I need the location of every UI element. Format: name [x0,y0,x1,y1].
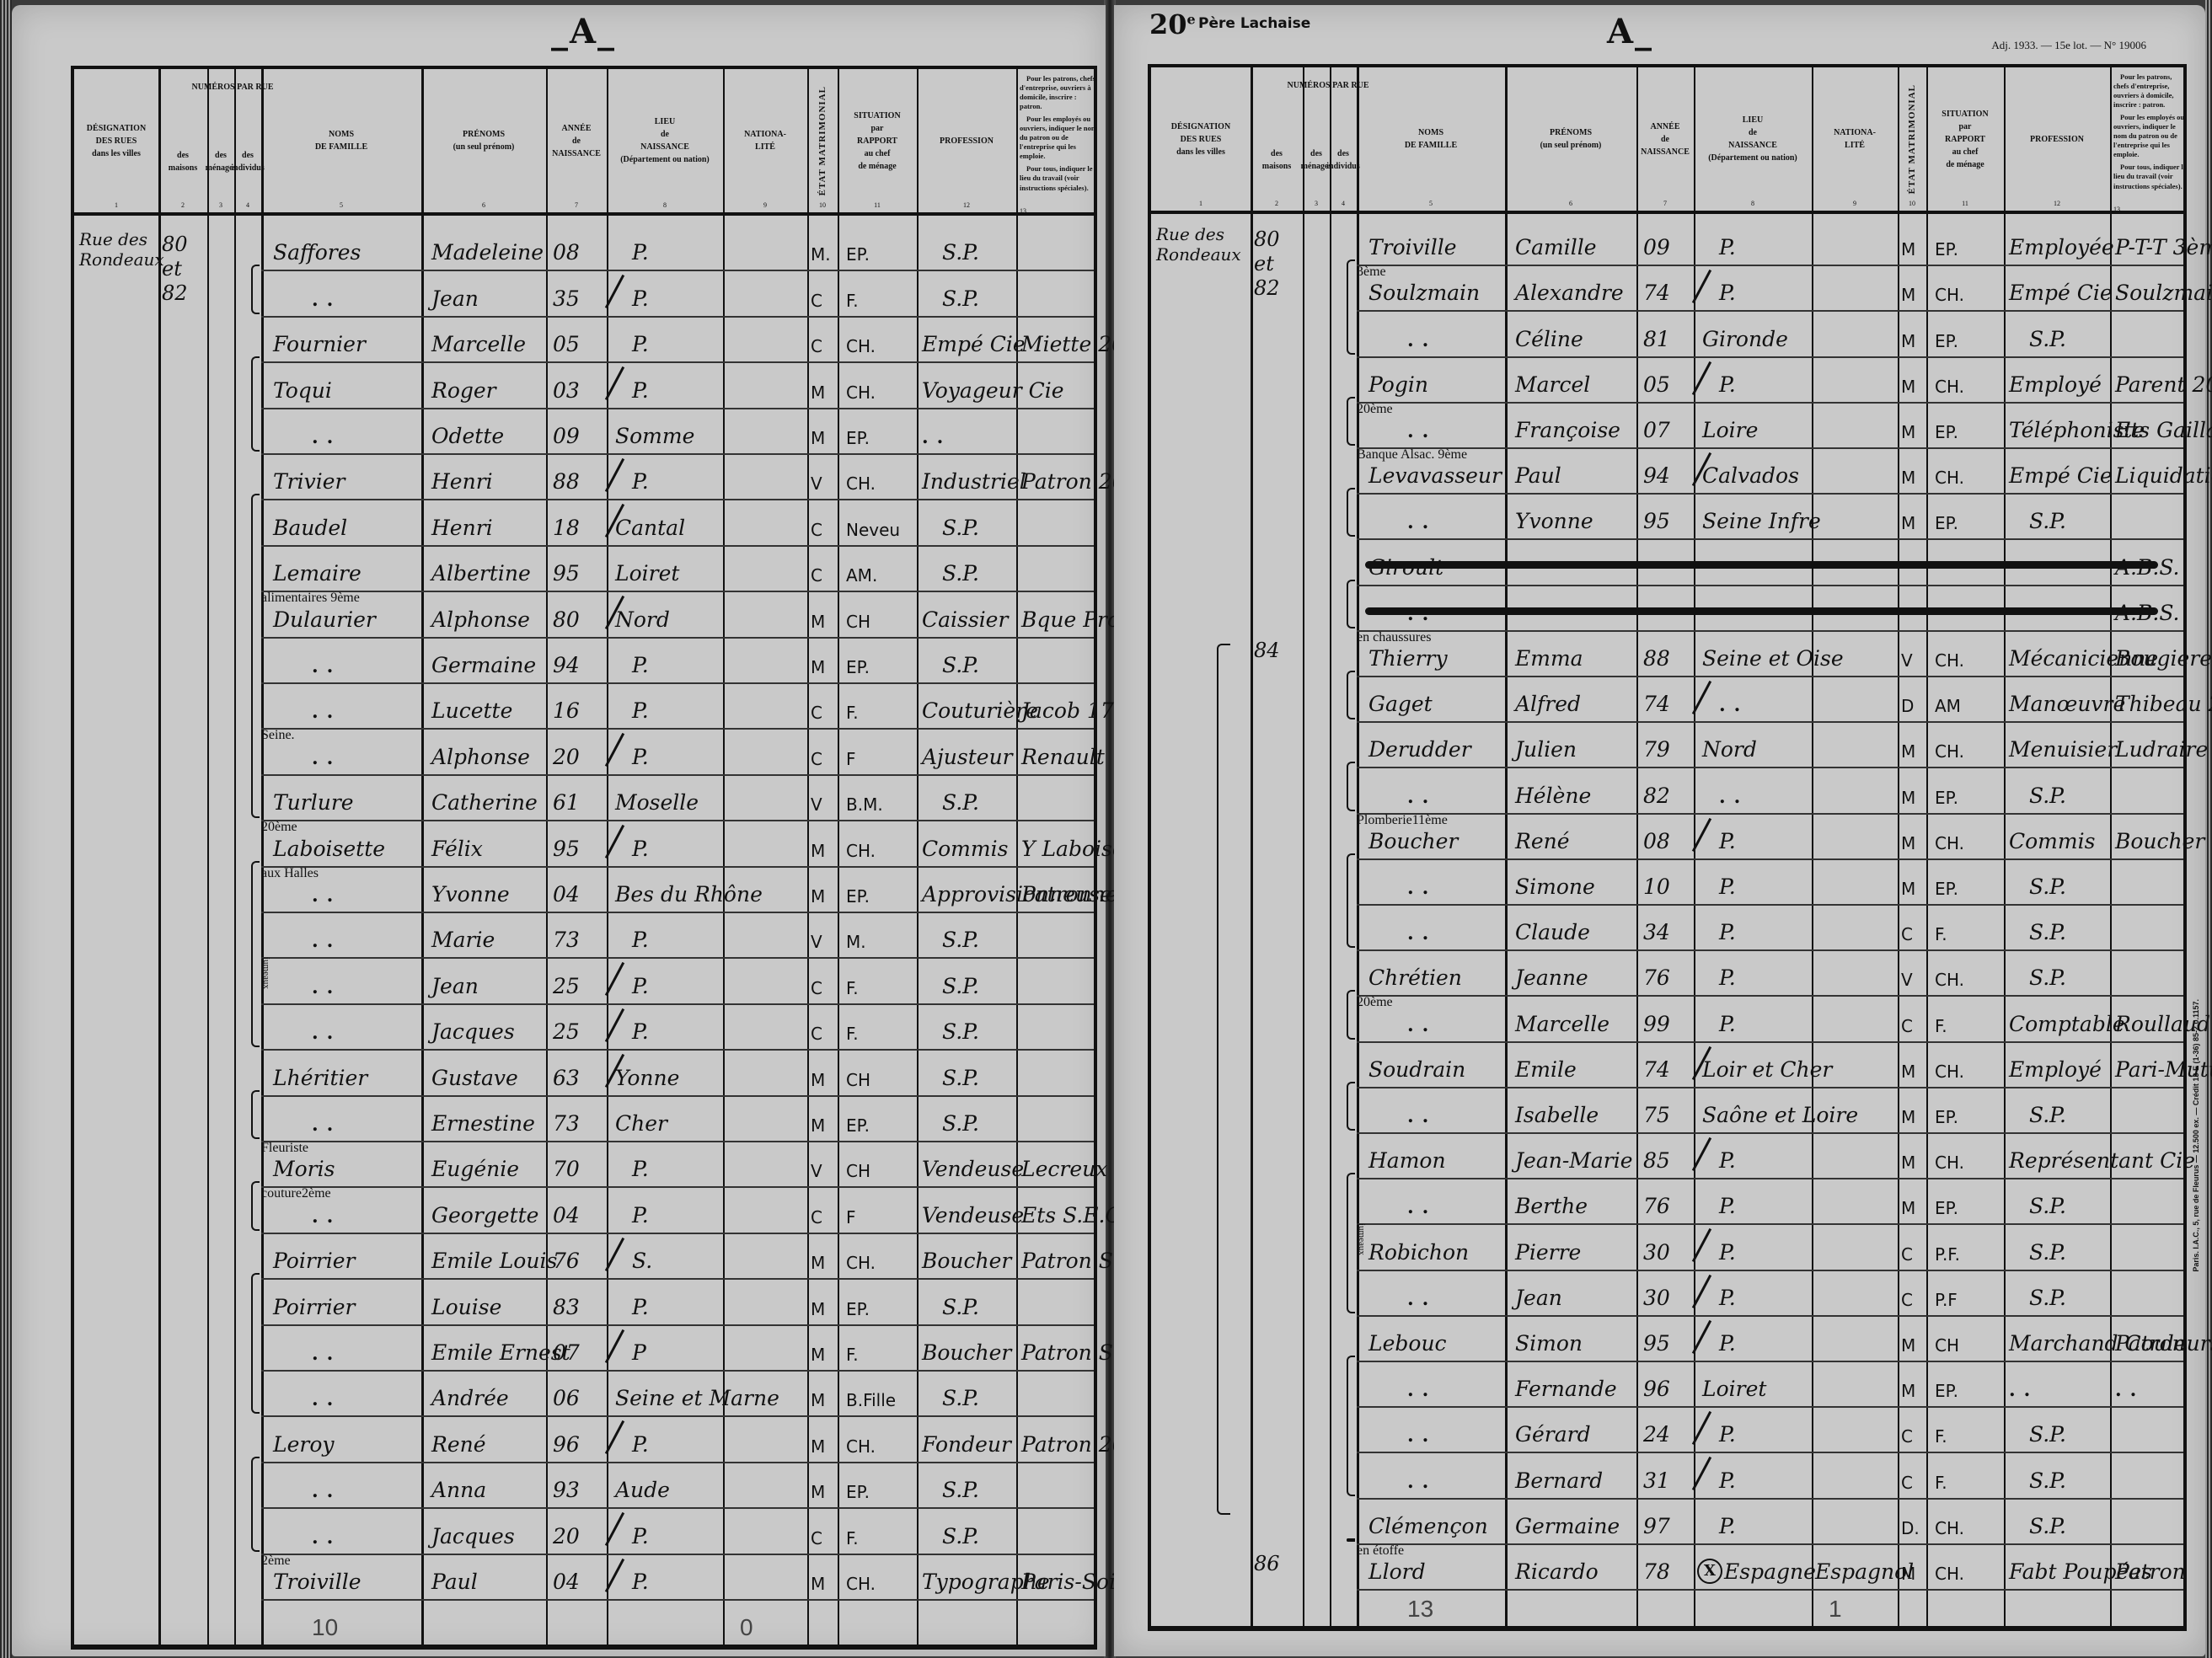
cell-lieu: P. [1719,1240,1736,1265]
cell-nom: Soulzmain [1368,281,1480,305]
cell-etat: M [1901,513,1915,533]
table-row[interactable]: ..Bernard31P.CF.S.P. [1357,1452,2183,1499]
cell-prenom: Jeanne [1515,965,1588,990]
table-row[interactable]: LeboucSimon95P.MCHMarchand CouleursPatro… [1357,1315,2183,1362]
cell-nom: Hamon [1368,1148,1446,1173]
slash-mark [605,962,624,996]
cell-profession: S.P. [942,790,979,815]
cell-nom: Lebouc [1368,1331,1447,1356]
cell-lieu: P. [632,1157,649,1181]
cell-patron: .. [2115,1379,2145,1401]
household-bracket [1347,1356,1355,1496]
slash-mark [1692,1411,1711,1445]
cell-prenom: Julien [1515,737,1577,762]
cell-annee: 08 [553,240,580,265]
table-row[interactable]: FournierMarcelle05P.CCH.Empé CieMiette 2… [261,316,1094,363]
strike-through-line [1365,607,2158,615]
column-header-1: DÉSIGNATIONDES RUESdans les villes1 [1151,67,1251,211]
cell-lieu: P. [1719,1331,1736,1356]
cell-situation: B.M. [846,794,883,815]
cell-etat: C [811,749,822,769]
table-row[interactable]: ..Claude34P.CF.S.P. [1357,904,2183,951]
cell-prenom: Alphonse [431,745,530,769]
cell-profession: Employée [2009,235,2114,259]
table-row[interactable]: ..Odette09SommeMEP... [261,408,1094,455]
cell-profession: S.P. [2029,965,2066,990]
cell-etat: M. [811,244,831,265]
cell-prenom: Eugénie [431,1157,519,1181]
cell-situation: CH. [1935,1564,1964,1584]
cell-etat: M [1901,1062,1915,1082]
table-header: DÉSIGNATIONDES RUESdans les villes1desma… [1151,67,2183,214]
cell-lieu: .. [1719,694,1749,716]
table-body: SafforesMadeleine08P.M.EP.S.P...Jean35P.… [74,216,1094,1645]
cell-patron-note: 2ème [302,1186,331,1201]
column-header-3: NUMÉROS PAR RUEdesménages3 [1303,67,1330,211]
cell-profession: S.P. [942,1524,979,1548]
cell-nom: .. [312,976,341,998]
cell-annee: 03 [553,378,580,403]
cell-etat: C [1901,924,1913,944]
cell-nom: Saffores [273,240,361,265]
cell-lieu: P. [1719,829,1736,853]
cell-lieu: Somme [615,424,694,448]
cell-nom: .. [312,289,341,311]
cell-patron: Ets S.E.C [1021,1203,1122,1227]
cell-prenom: Jean [431,974,479,998]
cell-lieu: S. [632,1249,652,1273]
table-row[interactable]: RobichonPierre30P.CP.F.S.P.jumeaux [1357,1223,2183,1270]
table-row[interactable]: ..Alphonse20P.CFAjusteurRenaultSeine. [261,728,1094,775]
column-header-10: ÉTAT MATRIMONIAL10 [1898,67,1926,211]
table-row[interactable]: ThierryEmma88Seine et OiseVCH.Mécanicien… [1357,630,2183,677]
column-header-8: LIEUdeNAISSANCE(Département ou nation)8 [1694,67,1812,211]
cell-lieu: P. [1719,920,1736,944]
column-header-13: Pour les patrons, chefs d'entreprise, ou… [1016,69,1101,217]
cell-prenom: René [431,1432,486,1457]
table-row[interactable]: SafforesMadeleine08P.M.EP.S.P. [261,224,1094,271]
cell-profession: S.P. [2029,874,2066,899]
table-row[interactable]: ..Marie73P.VM.S.P. [261,912,1094,959]
cell-situation: F. [846,1345,859,1365]
cell-prenom: Simone [1515,874,1595,899]
cell-profession: S.P. [2029,1514,2066,1538]
household-bracket [1347,853,1355,948]
cell-nat: Espagnol [1815,1559,1914,1584]
cell-profession: S.P. [942,928,979,952]
cell-prenom: Françoise [1515,418,1620,442]
table-row[interactable]: ..Jean35P.CF.S.P. [261,270,1094,317]
cell-etat: M [1901,1335,1915,1356]
cell-prenom: Anna [431,1478,486,1502]
cell-lieu: Nord [1702,737,1757,762]
table-row[interactable]: ..A.B.S. [1357,585,2183,632]
cell-nom: Turlure [273,790,354,815]
cell-situation: CH. [1935,833,1964,853]
cell-prenom: Louise [431,1295,501,1319]
cell-prenom: Jean-Marie [1515,1148,1633,1173]
cell-nom: Trivier [273,469,345,494]
cell-lieu: Loiret [1702,1377,1766,1401]
table-row[interactable]: ..Yvonne04Bes du RhôneMEP.Approvisionneu… [261,866,1094,913]
table-row[interactable]: TurlureCatherine61MoselleVB.M.S.P. [261,774,1094,821]
table-row[interactable]: ChrétienJeanne76P.VCH.S.P. [1357,949,2183,997]
cell-nom: Clémençon [1368,1514,1488,1538]
cell-lieu: P. [632,974,649,998]
table-row[interactable]: BaudelHenri18CantalCNeveuS.P. [261,499,1094,546]
cell-profession: S.P. [942,1386,979,1410]
household-bracket [1347,259,1355,354]
cell-situation: CH. [846,382,876,403]
cell-prenom: Jean [1515,1286,1562,1310]
cell-lieu: P. [1719,1194,1736,1218]
cell-situation: CH. [1935,741,1964,762]
cell-profession-note: en étoffe [1357,1543,1404,1558]
cell-situation: CH [846,1070,870,1090]
slash-mark [605,458,624,492]
cell-nom: .. [312,426,341,448]
column-header-4: desindividus4 [1330,67,1357,211]
table-row[interactable]: ..Andrée06Seine et MarneMB.FilleS.P. [261,1370,1094,1417]
right-page: 20e Père Lachaise A_ Adj. 1933. — 15e lo… [1114,5,2205,1656]
table-row[interactable]: ..Yvonne95Seine InfreMEP.S.P. [1357,493,2183,540]
cell-lieu: Cher [615,1111,667,1136]
slash-mark [605,733,624,767]
cell-annee: 09 [1643,235,1670,259]
adjudication-reference: Adj. 1933. — 15e lot. — N° 19006 [1991,39,2146,52]
table-row[interactable]: ClémençonGermaine97P.D.CH.S.P. [1357,1498,2183,1545]
cell-patron: Ludraire Seine [2115,737,2212,762]
cell-nom: Troiville [1368,235,1457,259]
cell-prenom: Jacques [431,1019,515,1044]
cell-situation: EP. [846,657,870,677]
cell-situation: B.Fille [846,1390,896,1410]
cell-nom: Llord [1368,1559,1426,1584]
slash-mark [605,366,624,400]
cell-lieu: P. [1719,1514,1736,1538]
cell-etat: M [811,1574,825,1594]
table-row[interactable]: BoucherRené08P.MCH.CommisBoucher VictorP… [1357,813,2183,860]
cell-situation: Neveu [846,520,900,540]
house-number-86: 86 [1254,1552,1280,1576]
cell-etat: D. [1901,1518,1920,1538]
cell-lieu: P. [632,837,649,861]
table-row[interactable]: LlordRicardo78XEspagneEspagnolMCH.Fabt P… [1357,1543,2183,1591]
table-row[interactable]: ..Anna93AudeMEP.S.P. [261,1462,1094,1509]
column-header-6: PRÉNOMS(un seul prénom)6 [1505,67,1636,211]
cell-patron: Patron [2115,1331,2186,1356]
cell-nom: .. [1407,786,1437,808]
cell-situation: CH. [846,1574,876,1594]
cell-annee: 74 [1643,281,1670,305]
cell-lieu: P. [1719,372,1736,397]
cell-lieu: P. [632,332,649,356]
cell-profession: S.P. [2029,509,2066,533]
table-row[interactable]: ..Jean30P.CP.FS.P. [1357,1270,2183,1317]
cell-profession: S.P. [942,561,979,586]
cell-etat: M [811,1253,825,1273]
cell-etat: V [811,1161,822,1181]
street-designation: Rue des Rondeaux [79,229,155,270]
table-row[interactable]: PoirrierLouise83P.MEP.S.P. [261,1278,1094,1325]
cell-lieu: Seine Infre [1702,509,1821,533]
page-edges-left [0,0,12,1658]
cell-patron-note: 11ème [1412,813,1448,827]
table-row[interactable]: ..Jacques20P.CF.S.P. [261,1507,1094,1554]
cell-prenom: Jacques [431,1524,515,1548]
cell-etat: M [1901,1107,1915,1127]
slash-mark [1692,1320,1711,1354]
cell-situation: EP. [846,244,870,265]
census-table-right: DÉSIGNATIONDES RUESdans les villes1desma… [1148,64,2187,1631]
cell-nom: .. [312,885,341,907]
cell-annee: 20 [553,1524,580,1548]
table-row[interactable]: ..Isabelle75Saône et LoireMEP.S.P. [1357,1087,2183,1134]
cell-situation: AM [1935,696,1961,716]
cell-profession-note: Plomberie [1357,813,1412,827]
column-header-1: DÉSIGNATIONDES RUESdans les villes1 [74,69,158,212]
left-page: _A_ DÉSIGNATIONDES RUESdans les villes1d… [12,5,1106,1656]
column-header-9: NATIONA-LITÉ9 [723,69,807,212]
cell-nom: Boucher [1368,829,1458,853]
table-row[interactable]: ..Lucette16P.CF.CouturièreJacob 17ème [261,682,1094,730]
table-row[interactable]: ..Françoise07LoireMEP.TéléphonisteEts Ga… [1357,402,2183,449]
table-row[interactable]: SoulzmainAlexandre74P.MCH.Empé CieSoulzm… [1357,265,2183,312]
cell-nom: .. [1407,1425,1437,1447]
cell-annee: 73 [553,1111,580,1136]
cell-etat: M [811,1070,825,1090]
cell-etat: M [811,1345,825,1365]
cell-annee: 04 [553,1203,580,1227]
cell-annee: 70 [553,1157,580,1181]
section-letter-right: A_ [1607,12,1653,51]
table-row[interactable]: LemaireAlbertine95LoiretCAM.S.P. [261,545,1094,592]
table-row[interactable]: HamonJean-Marie85P.MCH.Représentant Cie [1357,1132,2183,1179]
cell-situation: F. [846,291,859,311]
register-book: _A_ DÉSIGNATIONDES RUESdans les villes1d… [0,0,2212,1658]
household-bracket [251,1457,260,1552]
cell-etat: C [1901,1473,1913,1493]
cell-situation: EP. [846,1482,870,1502]
table-row[interactable]: ..Gérard24P.CF.S.P. [1357,1406,2183,1453]
cell-prenom: Lucette [431,698,512,723]
cell-etat: C [811,520,822,540]
table-row[interactable]: ..Céline81GirondeMEP.S.P. [1357,310,2183,357]
table-row[interactable]: ..Hélène82..MEP.S.P. [1357,767,2183,814]
tally-noms: 13 [1407,1596,1433,1623]
slash-mark [1692,681,1711,714]
cell-patron-note: Seine. [261,728,295,742]
cell-prenom: Gustave [431,1066,518,1090]
table-row[interactable]: ..Berthe76P.MEP.S.P. [1357,1178,2183,1225]
table-row[interactable]: ..Jean25P.CF.S.P.jumeaux [261,957,1094,1004]
cell-lieu: Moselle [615,790,699,815]
house-numbers: 80 et 82 [162,233,195,305]
cell-nom: Thierry [1368,646,1448,671]
cell-profession: S.P. [2029,920,2066,944]
cell-annee: 88 [1643,646,1670,671]
cell-profession: Représentant Cie [2009,1148,2195,1173]
table-row[interactable]: DulaurierAlphonse80NordMCHCaissierBque P… [261,591,1094,638]
cell-situation: F. [846,1528,859,1548]
table-row[interactable]: GiroultA.B.S. [1357,538,2183,586]
table-row[interactable]: PoirrierEmile Louis76S.MCH.BoucherPatron… [261,1233,1094,1280]
table-row[interactable]: ..Ernestine73CherMEP.S.P. [261,1095,1094,1142]
cell-situation: CH. [1935,285,1964,305]
cell-etat: C [1901,1426,1913,1447]
cell-lieu: Calvados [1702,463,1799,488]
cell-prenom: Fernande [1515,1377,1617,1401]
cell-lieu: P. [632,1432,649,1457]
cell-etat: M [1901,741,1915,762]
cell-profession: Fondeur [922,1432,1011,1457]
cell-nom: .. [1407,511,1437,533]
table-row[interactable]: LaboisetteFélix95P.MCH.CommisY Laboisett… [261,820,1094,867]
cell-patron-note: 20ème [1357,995,1393,1009]
cell-situation: F. [1935,924,1947,944]
cell-etat: C [1901,1016,1913,1036]
table-row[interactable]: TrivierHenri88P.VCH.IndustrielPatron 20è… [261,453,1094,500]
cell-prenom: Céline [1515,327,1583,351]
slash-mark [1692,361,1711,394]
cell-nom: .. [312,701,341,723]
cell-etat: V [811,932,822,952]
cell-prenom: Simon [1515,1331,1583,1356]
cell-situation: CH. [1935,1518,1964,1538]
cell-prenom: Pierre [1515,1240,1581,1265]
household-bracket [251,861,260,1048]
cell-etat: M [1901,1198,1915,1218]
cell-patron-note: 20ème [261,820,297,834]
cell-situation: EP. [1935,1107,1958,1127]
slash-mark [605,1558,624,1591]
cell-annee: 07 [1643,418,1670,442]
table-row[interactable]: ..Germaine94P.MEP.S.P. [261,637,1094,684]
cell-prenom: Germaine [431,653,536,677]
cell-prenom: Alfred [1515,692,1581,716]
cell-nom: .. [312,1343,341,1365]
slash-mark [605,1238,624,1271]
cell-prenom: Alphonse [431,607,530,632]
cell-lieu: P. [632,240,649,265]
table-row[interactable]: TroivillePaul04P.MCH.TypographeParis-Soi… [261,1554,1094,1601]
cell-prenom: Odette [431,424,504,448]
table-row[interactable]: PoginMarcel05P.MCH.EmployéParent 20ème [1357,356,2183,404]
cell-profession: Industriel [922,469,1026,494]
section-letter-left: _A_ [551,12,616,51]
table-row[interactable]: DerudderJulien79NordMCH.MenuisierLudrair… [1357,721,2183,768]
cell-prenom: Emma [1515,646,1583,671]
cell-nom: .. [312,655,341,677]
house-bracket [1217,644,1230,1515]
table-row[interactable]: LhéritierGustave63YonneMCHS.P. [261,1049,1094,1096]
cell-nom: Leroy [273,1432,335,1457]
slash-mark [1692,270,1711,303]
cell-prenom: Albertine [431,561,531,586]
cell-nom: .. [312,1388,341,1410]
table-row[interactable]: LeroyRené96P.MCH.FondeurPatron 20ème [261,1415,1094,1463]
cell-annee: 25 [553,1019,580,1044]
cell-annee: 74 [1643,1057,1670,1082]
cell-annee: 16 [553,698,580,723]
cell-annee: 63 [553,1066,580,1090]
cell-profession: Manœuvre [2009,692,2125,716]
column-header-9: NATIONA-LITÉ9 [1812,67,1898,211]
cell-profession: Empé Cie [2009,463,2113,488]
household-bracket [251,265,260,313]
cell-lieu: .. [1719,786,1749,808]
cell-annee: 73 [553,928,580,952]
census-table-left: DÉSIGNATIONDES RUESdans les villes1desma… [71,66,1097,1650]
table-row[interactable]: TroivilleCamille09P.MEP.EmployéeP-T-T 3è… [1357,219,2183,266]
household-bracket [1347,488,1355,537]
cell-situation: M. [846,932,866,952]
table-row[interactable]: LevavasseurPaul94CalvadosMCH.Empé CieLiq… [1357,447,2183,495]
cell-lieu: Seine et Marne [615,1386,779,1410]
cell-patron: Soulzmain [2115,281,2212,305]
cell-annee: 35 [553,286,580,311]
cell-profession: S.P. [942,516,979,540]
table-row[interactable]: ..Fernande96LoiretMEP..... [1357,1361,2183,1408]
cell-annee: 93 [553,1478,580,1502]
cell-patron: Renault [1021,745,1105,769]
cell-lieu: Bes du Rhône [615,882,763,907]
cell-situation: CH [1935,1335,1959,1356]
cell-nom: Moris [273,1157,335,1181]
cell-prenom: Emile [1515,1057,1577,1082]
cell-etat: C [811,978,822,998]
cell-nom: Baudel [273,516,347,540]
cell-situation: CH. [846,336,876,356]
cell-situation: F [846,1207,856,1227]
table-row[interactable]: ..Emile Ernest07PMF.BoucherPatron S et O… [261,1324,1094,1372]
cell-nom: .. [1407,1379,1437,1401]
cell-annee: 18 [553,516,580,540]
column-header-5: NOMSDE FAMILLE5 [261,69,421,212]
column-header-12: PROFESSION12 [917,69,1016,212]
cell-etat: C [811,291,822,311]
cell-profession: S.P. [2029,327,2066,351]
cell-annee: 04 [553,882,580,907]
slash-mark [605,1512,624,1546]
cell-situation: EP. [1935,1198,1958,1218]
cell-situation: CH. [1935,377,1964,397]
slash-mark [1692,817,1711,851]
cell-prenom: Yvonne [431,882,510,907]
column-header-11: SITUATIONparRAPPORTau chefde ménage11 [1926,67,2004,211]
cell-patron: Patronne [1021,882,1118,907]
table-row[interactable]: ..Georgette04P.CFVendeuseEts S.E.Ccoutur… [261,1186,1094,1233]
cell-patron-note: 3ème [1357,265,1386,279]
twins-annotation: jumeaux [1357,1223,1367,1255]
cell-etat: M [1901,1381,1915,1401]
column-header-3: NUMÉROS PAR RUEdesménages3 [207,69,234,212]
cell-profession-note: en chaussures [1357,630,1431,644]
table-row[interactable]: ..Marcelle99P.CF.ComptableRoullaud20ème [1357,995,2183,1042]
table-row[interactable]: SoudrainEmile74Loir et CherMCH.EmployéPa… [1357,1041,2183,1088]
cell-nom: .. [1407,329,1437,351]
table-row[interactable]: MorisEugénie70P.VCHVendeuseLecreux 20ème… [261,1141,1094,1188]
cell-nom: .. [1407,923,1437,944]
cell-prenom: Georgette [431,1203,538,1227]
street-designation: Rue des Rondeaux [1156,224,1247,265]
cell-nom: Laboisette [273,837,385,861]
table-row[interactable]: ..Simone10P.MEP.S.P. [1357,858,2183,906]
cell-profession: S.P. [2029,1468,2066,1493]
table-row[interactable]: GagetAlfred74..DAMManœuvreThibeau 20ème [1357,676,2183,723]
table-row[interactable]: ToquiRoger03P.MCH.Voyageur Cie [261,361,1094,409]
table-row[interactable]: ..Jacques25P.CF.S.P. [261,1003,1094,1051]
